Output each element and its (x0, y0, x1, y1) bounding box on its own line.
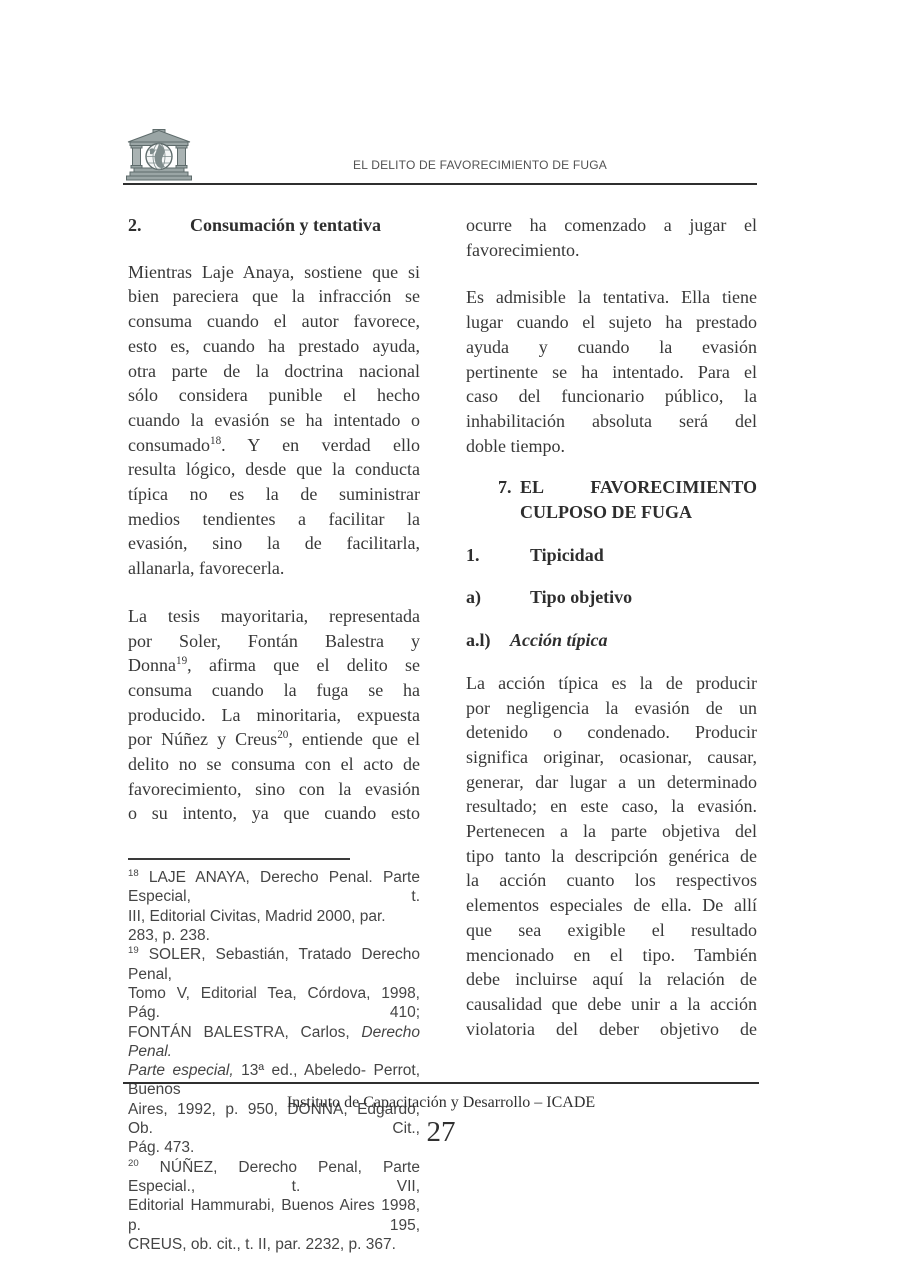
text-line: Pertenecen a la parte objetiva del (466, 819, 757, 844)
text-line: Es admisible la tentativa. Ella tiene (466, 285, 757, 310)
text-line: resultado; en este caso, la evasión. (466, 794, 757, 819)
paragraph-accion-tipica: La acción típica es la de producirpor ne… (466, 671, 757, 1042)
text-line: esto es, cuando ha prestado ayuda, (128, 334, 420, 359)
paragraph-ocurre: ocurre ha comenzado a jugar elfavorecimi… (466, 213, 757, 262)
paragraph-tesis-mayoritaria: La tesis mayoritaria, representadapor So… (128, 604, 420, 826)
text-line: por negligencia la evasión de un (466, 696, 757, 721)
text-line: resulta lógico, desde que la conducta (128, 457, 420, 482)
text-line: La tesis mayoritaria, representada (128, 604, 420, 629)
footer-institute: Instituto de Capacitación y Desarrollo –… (123, 1094, 759, 1112)
text-line: tipo tanto la descripción genérica de (466, 844, 757, 869)
heading-number: 1. (466, 543, 530, 568)
text-line: causalidad que debe unir a la acción (466, 992, 757, 1017)
text-line: típica no es la de suministrar (128, 482, 420, 507)
text-line: sólo considera punible el hecho (128, 383, 420, 408)
text-line: consumado18. Y en verdad ello (128, 433, 420, 458)
text-line: allanarla, favorecerla. (128, 556, 420, 581)
text-line: ocurre ha comenzado a jugar el (466, 213, 757, 238)
footer-divider (123, 1082, 759, 1084)
header-divider (123, 183, 757, 185)
text-line: favorecimiento, sino con la evasión (128, 777, 420, 802)
text-line: medios tendientes a facilitar la (128, 507, 420, 532)
text-line: Tomo V, Editorial Tea, Córdova, 1998, Pá… (128, 984, 420, 1023)
text-line: detenido o condenado. Producir (466, 720, 757, 745)
document-page: EL DELITO DE FAVORECIMIENTO DE FUGA 2.Co… (0, 0, 906, 1280)
text-line: lugar cuando el sujeto ha prestado (466, 310, 757, 335)
text-line: producido. La minoritaria, expuesta (128, 703, 420, 728)
right-column: ocurre ha comenzado a jugar elfavorecimi… (466, 213, 757, 1064)
text-line: ayuda y cuando la evasión (466, 335, 757, 360)
text-line: delito no se consuma con el acto de (128, 752, 420, 777)
heading-number: a) (466, 585, 530, 610)
text-line: III, Editorial Civitas, Madrid 2000, par… (128, 907, 420, 946)
text-line: Donna19, afirma que el delito se (128, 653, 420, 678)
text-line: pertinente se ha intentado. Para el (466, 360, 757, 385)
text-line: generar, dar lugar a un determinado (466, 770, 757, 795)
paragraph-laje-anaya: Mientras Laje Anaya, sostiene que sibien… (128, 260, 420, 581)
text-line: evasión, sino la de facilitarla, (128, 531, 420, 556)
footnote-20: 20 NÚÑEZ, Derecho Penal, Parte Especial.… (128, 1158, 420, 1254)
text-line: La acción típica es la de producir (466, 671, 757, 696)
text-line: 18 LAJE ANAYA, Derecho Penal. Parte Espe… (128, 868, 420, 907)
footnote-18: 18 LAJE ANAYA, Derecho Penal. Parte Espe… (128, 868, 420, 945)
text-line: por Núñez y Creus20, entiende que el (128, 727, 420, 752)
text-line: favorecimiento. (466, 238, 757, 263)
text-line: 19 SOLER, Sebastián, Tratado Derecho Pen… (128, 945, 420, 984)
text-line: bien pareciera que la infracción se (128, 284, 420, 309)
text-line: significa originar, ocasionar, causar, (466, 745, 757, 770)
text-line: por Soler, Fontán Balestra y (128, 629, 420, 654)
heading-number: 2. (128, 213, 190, 238)
text-line: caso del funcionario público, la (466, 384, 757, 409)
page-number: 27 (123, 1116, 759, 1149)
text-line: consuma cuando la fuga se ha (128, 678, 420, 703)
text-line: violatoria del deber objetivo de (466, 1017, 757, 1042)
footnote-divider (128, 858, 350, 860)
text-line: doble tiempo. (466, 434, 757, 459)
paragraph-tentativa: Es admisible la tentativa. Ella tienelug… (466, 285, 757, 458)
section-heading-tipo-objetivo: a)Tipo objetivo (466, 585, 757, 610)
text-line: FONTÁN BALESTRA, Carlos, Derecho Penal. (128, 1023, 420, 1062)
text-line: consuma cuando el autor favorece, (128, 309, 420, 334)
text-line: Editorial Hammurabi, Buenos Aires 1998, … (128, 1196, 420, 1235)
section-heading-favorecimiento-culposo: 7.ELFAVORECIMIENTOCULPOSO DE FUGA (466, 475, 757, 524)
institute-logo-icon (126, 129, 192, 184)
heading-number: a.l) (466, 628, 510, 653)
text-line: mencionado en el tipo. También (466, 943, 757, 968)
text-line: 20 NÚÑEZ, Derecho Penal, Parte Especial.… (128, 1158, 420, 1197)
text-line: otra parte de la doctrina nacional (128, 359, 420, 384)
section-heading-accion-tipica: a.l)Acción típica (466, 628, 757, 653)
text-line: que sea exigible el resultado (466, 918, 757, 943)
section-heading-consumacion: 2.Consumación y tentativa (128, 213, 420, 238)
header-title: EL DELITO DE FAVORECIMIENTO DE FUGA (353, 158, 607, 172)
section-heading-tipicidad: 1.Tipicidad (466, 543, 757, 568)
text-line: CREUS, ob. cit., t. II, par. 2232, p. 36… (128, 1235, 420, 1254)
text-line: elementos especiales de ella. De allí (466, 893, 757, 918)
text-line: Mientras Laje Anaya, sostiene que si (128, 260, 420, 285)
text-line: inhabilitación absoluta será del (466, 409, 757, 434)
text-line: cuando la evasión se ha intentado o (128, 408, 420, 433)
text-line: debe incluirse aquí la relación de (466, 967, 757, 992)
text-line: la acción cuanto los respectivos (466, 868, 757, 893)
text-line: o su intento, ya que cuando esto (128, 801, 420, 826)
